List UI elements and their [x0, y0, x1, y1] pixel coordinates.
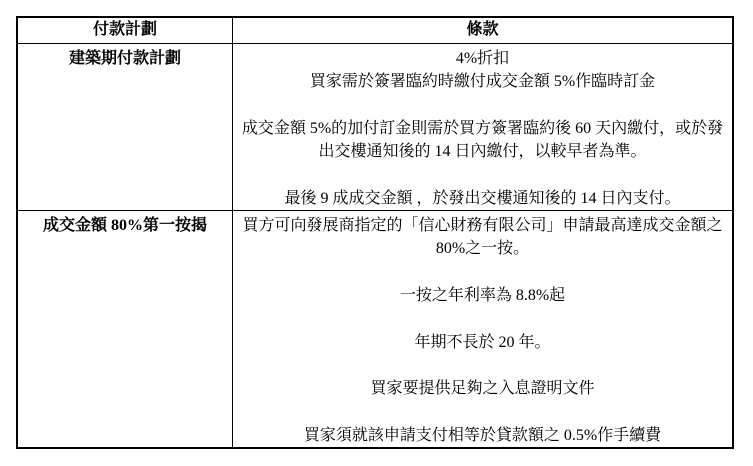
table-row-first-mortgage: 成交金額 80%第一按揭 買方可向發展商指定的「信心財務有限公司」申請最高達成交…: [18, 210, 732, 447]
plan-name-cell: 建築期付款計劃: [18, 44, 233, 210]
terms-line: 出交樓通知後的 14 日內繳付，以較早者為準。: [233, 140, 732, 163]
terms-line: 一按之年利率為 8.8%起: [233, 284, 732, 307]
terms-line: 4%折扣: [233, 47, 732, 70]
terms-line: [233, 261, 732, 284]
terms-line: 買方可向發展商指定的「信心財務有限公司」申請最高達成交金額之: [233, 214, 732, 237]
terms-line: 買家需於簽署臨約時繳付成交金額 5%作臨時訂金: [233, 70, 732, 93]
plan-name-cell: 成交金額 80%第一按揭: [18, 211, 233, 447]
header-plan-column: 付款計劃: [18, 18, 233, 43]
terms-line: [233, 94, 732, 117]
terms-line: 買家須就該申請支付相等於貸款額之 0.5%作手續費: [233, 424, 732, 447]
document-page: 付款計劃 條款 建築期付款計劃 4%折扣 買家需於簽署臨約時繳付成交金額 5%作…: [0, 0, 753, 466]
header-terms-column: 條款: [233, 18, 732, 43]
terms-cell: 4%折扣 買家需於簽署臨約時繳付成交金額 5%作臨時訂金 成交金額 5%的加付訂…: [233, 44, 732, 210]
terms-line: [233, 307, 732, 330]
terms-line: [233, 400, 732, 423]
terms-cell: 買方可向發展商指定的「信心財務有限公司」申請最高達成交金額之 80%之一按。 一…: [233, 211, 732, 447]
table-row-construction-plan: 建築期付款計劃 4%折扣 買家需於簽署臨約時繳付成交金額 5%作臨時訂金 成交金…: [18, 43, 732, 210]
payment-plan-table: 付款計劃 條款 建築期付款計劃 4%折扣 買家需於簽署臨約時繳付成交金額 5%作…: [16, 16, 734, 449]
terms-line: 最後 9 成成交金額 ，於發出交樓通知後的 14 日內支付。: [233, 187, 732, 210]
terms-line: 買家要提供足夠之入息證明文件: [233, 377, 732, 400]
terms-line: 年期不長於 20 年。: [233, 331, 732, 354]
terms-line: [233, 354, 732, 377]
table-header-row: 付款計劃 條款: [18, 18, 732, 43]
terms-line: 成交金額 5%的加付訂金則需於買方簽署臨約後 60 天內繳付，或於發: [233, 117, 732, 140]
terms-line: 80%之一按。: [233, 237, 732, 260]
terms-line: [233, 163, 732, 186]
